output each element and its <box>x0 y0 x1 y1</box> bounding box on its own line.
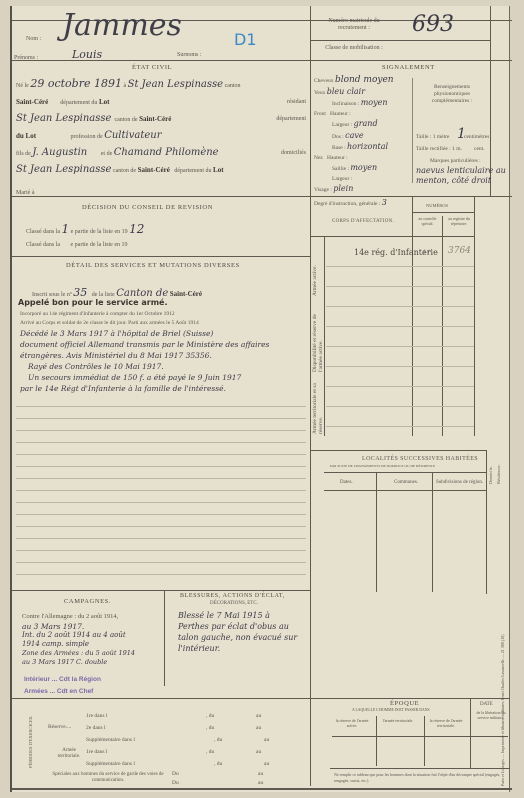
date-title: DATE <box>480 702 493 707</box>
territoriale-row: 1re dans l, duau <box>86 746 306 758</box>
au-label: au <box>256 710 261 722</box>
campagne-line: au 3 Mars 1917 C. double <box>22 658 164 667</box>
campagnes-title: CAMPAGNES. <box>64 598 111 605</box>
detail-line: étrangères. Avis Ministériel du 8 Mai 19… <box>20 350 308 361</box>
main-vertical-divider <box>310 6 311 786</box>
decision-line2: Classé dans la e partie de la liste en 1… <box>26 242 127 248</box>
campagne-line: Zone des Armées : du 5 août 1914 <box>22 649 164 658</box>
ruled-line <box>16 454 306 455</box>
reserve-rows: 1re dans l, duau 2e dans l, duau Supplém… <box>86 710 306 770</box>
ruled-line <box>16 442 306 443</box>
periodes-top-border <box>12 698 322 699</box>
blessure-line: Blessé le 7 Mai 1915 à <box>178 610 310 621</box>
birth-canton: Saint-Céré <box>16 98 48 106</box>
epoque-note: Ne remplir ce tableau que pour les homme… <box>334 772 510 784</box>
largeur-value: grand <box>354 119 378 128</box>
matricule-value: 693 <box>412 12 454 37</box>
birth-place-prefix: à <box>123 83 126 89</box>
decision-bottom-border <box>12 256 310 257</box>
ruled-line <box>16 574 306 575</box>
au-label: au <box>256 746 261 758</box>
corps-title: CORPS D'AFFECTATION. <box>332 219 394 224</box>
territoriale-row-label: 1re dans l <box>86 746 206 758</box>
ruled-line <box>16 490 306 491</box>
signalement-title: SIGNALEMENT <box>382 64 435 71</box>
signalement-divider <box>412 78 413 183</box>
controle-value: 11 <box>422 249 431 257</box>
marques-line2: menton, côté droit <box>416 176 491 185</box>
au-label: au <box>264 734 269 746</box>
instruction-label: Degré d'instruction, générale : <box>314 201 380 207</box>
col-controle-label: au contrôle spécial. <box>414 216 441 226</box>
mother: Chamand Philomène <box>114 147 219 158</box>
blessure-line: Perthes par éclat d'obus au <box>178 621 310 632</box>
etat-civil-title: ÉTAT CIVIL <box>132 64 172 71</box>
localites-divider-2 <box>432 472 433 592</box>
nez-value: moyen <box>350 163 377 172</box>
domicile-canton-label: canton de <box>113 168 136 174</box>
epoque-bottom-border <box>330 768 510 769</box>
epoque-subtitle: A LAQUELLE L'HOMME DOIT PASSER DANS <box>352 708 430 712</box>
military-register-page: Nom : Jammes Prénoms : Louis Surnoms : D… <box>10 6 510 792</box>
ruled-line <box>16 526 306 527</box>
corps-header-bottom <box>310 236 474 237</box>
epoque-col-active: la réserve de l'armée active. <box>332 718 372 728</box>
ruled-line <box>326 366 474 367</box>
matricule-divider <box>310 40 490 41</box>
classe-label: Classe de mobilisation : <box>318 45 390 52</box>
corps-col-divider <box>412 196 413 436</box>
dos-label: Dos : <box>332 134 344 140</box>
ruled-line <box>326 426 474 427</box>
ruled-line <box>326 286 474 287</box>
ruled-line <box>326 386 474 387</box>
ruled-line <box>16 538 306 539</box>
prenoms-label: Prénoms : <box>14 55 38 61</box>
reserve-label: Réserve.... <box>48 724 71 730</box>
mother-label: et de <box>101 151 113 157</box>
epoque-title: ÉPOQUE <box>390 700 419 707</box>
territoriale-row: Supplémentaire dans l, duau <box>86 758 306 770</box>
reserve-row-label: 1re dans l <box>86 710 206 722</box>
localites-title: LOCALITÉS SUCCESSIVES HABITÉES <box>362 456 478 462</box>
ruled-line <box>16 466 306 467</box>
ruled-line <box>16 478 306 479</box>
ruled-line <box>326 326 474 327</box>
blessures-subtitle: DÉCORATIONS, ETC. <box>210 601 258 606</box>
bottom-border <box>12 788 512 790</box>
ruled-line <box>16 514 306 515</box>
blessure-line: talon gauche, non évacué sur <box>178 632 310 643</box>
ruled-line <box>326 306 474 307</box>
domicile-canton: Saint-Céré <box>138 166 170 174</box>
localites-right-border <box>486 450 487 594</box>
corps-side-divider <box>324 236 325 436</box>
visage-value: plein <box>333 184 353 193</box>
campagnes-lines: Contre l'Allemagne : du 2 août 1914, au … <box>22 612 164 667</box>
detail-line: par le 14e Régt d'Infanterie à la famill… <box>20 383 308 394</box>
ruled-line <box>326 266 474 267</box>
domicile-dept-label: département du <box>174 168 211 174</box>
localites-col-border <box>324 490 486 491</box>
speciales-row: Duau <box>172 779 263 788</box>
epoque-header-bottom <box>332 736 508 737</box>
taille-label: Taille : 1 mètre <box>416 134 449 140</box>
nom-value: Jammes <box>62 8 182 43</box>
localites-top-border <box>310 450 486 451</box>
inscrit-canton-value: Saint-Céré <box>170 290 202 298</box>
renseignements-label: Renseignements physionomiques complément… <box>416 84 488 105</box>
residence-dept: du Lot <box>16 132 36 140</box>
domicile-dept: Lot <box>213 166 224 174</box>
epoque-divider-2 <box>424 716 425 766</box>
reserve-row: Supplémentaire dans l, duau <box>86 734 306 746</box>
decision-line1: Classé dans la 1 e partie de la liste en… <box>26 222 144 236</box>
ruled-line <box>16 430 306 431</box>
dos-value: cave <box>345 131 364 140</box>
territoriale-label: Armée territoriale. <box>52 748 86 760</box>
ruled-line <box>16 550 306 551</box>
epoque-col-territoriale: l'armée territoriale. <box>378 718 418 723</box>
speciales-label: Spéciales aux hommes du service de garde… <box>48 772 168 784</box>
yeux-value: bleu clair <box>327 87 365 96</box>
du-label: , du <box>206 722 256 734</box>
detail-line: Incorporé au 14e régiment d'Infanterie à… <box>20 310 308 319</box>
au-label: au <box>264 758 269 770</box>
campagne-line: Contre l'Allemagne : du 2 août 1914, <box>22 612 164 622</box>
residence-dept-label: département <box>276 111 306 127</box>
campagnes-top-border <box>12 590 310 591</box>
side-active-label: Armée active. <box>312 246 318 296</box>
taille-unit: centimètres <box>464 134 489 140</box>
epoque-col-reserve-territoriale: la réserve de l'armée territoriale. <box>424 718 468 728</box>
detail-line: Arrivé au Corps et soldat de 2e classe l… <box>20 319 308 328</box>
birth-date: 29 octobre 1891 <box>30 77 122 90</box>
taille-rectifiee-unit: cent. <box>474 146 485 152</box>
stamp-interieur: Intérieur ... Cdt la Région <box>24 676 101 683</box>
signalement-left: Cheveux blond moyen Yeux bleu clair Incl… <box>314 76 414 209</box>
detail-line: Décédé le 3 Mars 1917 à l'hôpital de Bri… <box>20 328 308 339</box>
du-label: , du <box>206 746 256 758</box>
domicile: St Jean Lespinasse <box>16 164 111 175</box>
marques-label: Marques particulières : <box>430 158 481 164</box>
nom-label: Nom : <box>26 36 41 42</box>
campagne-line: Int. du 2 août 1914 au 4 août <box>22 631 164 640</box>
appele-text: Appelé bon pour le service armé. <box>18 298 168 307</box>
repertoire-value: 3764 <box>448 246 471 256</box>
ruled-line <box>16 406 306 407</box>
stamp-armees: Armées ... Cdt en Chef <box>24 688 93 695</box>
marques-line1: naevus lenticulaire au <box>416 166 506 175</box>
reserve-row-label: 2e dans l <box>86 722 206 734</box>
du-label: , du <box>214 734 264 746</box>
profession: Cultivateur <box>104 130 161 141</box>
nez-label: Nez <box>314 155 323 161</box>
domicile-label: domiciliés <box>281 145 306 161</box>
reserve-row: 2e dans l, duau <box>86 722 306 734</box>
matricule-label: Numéro matricule du recrutement : <box>318 18 390 32</box>
col-subdivisions: Subdivisions de région. <box>436 480 483 485</box>
departement-label: département du <box>60 100 97 106</box>
etat-civil-bottom-border <box>12 196 512 197</box>
territoriale-row-label: Supplémentaire dans l <box>86 758 214 770</box>
inclinaison-label: Inclinaison : <box>332 101 359 107</box>
ruled-line <box>326 346 474 347</box>
ruled-line <box>16 562 306 563</box>
du-label: , du <box>206 710 256 722</box>
decision-line1-prefix: Classé dans la <box>26 229 60 235</box>
speciales-rows: Duau Duau <box>172 770 263 788</box>
campagne-line: 1914 camp. simple <box>22 640 164 649</box>
profession-label: profession de <box>71 134 103 140</box>
etat-civil-block: Né le 29 octobre 1891 à St Jean Lespinas… <box>16 76 306 201</box>
blue-annotation: D1 <box>234 30 257 49</box>
au-label: au <box>256 722 261 734</box>
speciales-row: Duau <box>172 770 263 779</box>
base-label: Base : <box>332 145 346 151</box>
side-domicile: Domicile. <box>488 454 493 484</box>
instruction-value: 3 <box>382 198 387 207</box>
detail-line: Rayé des Contrôles le 10 Mai 1917. <box>20 361 308 372</box>
front-label: Front <box>314 111 326 117</box>
detail-line: document officiel Allemand transmis par … <box>20 339 308 350</box>
col-communes: Communes. <box>394 480 418 485</box>
blessure-line: l'intérieur. <box>178 643 310 654</box>
taille-rectifiee-label: Taille rectifiée : 1 m. <box>416 146 462 152</box>
decision-line1-suffix: e partie de la liste en 19 <box>71 229 128 235</box>
decision-line1-year: 12 <box>129 222 144 236</box>
resident-label: résidant <box>287 94 306 110</box>
localites-subtitle: PAR SUITE DE CHANGEMENTS DE DOMICILE OU … <box>330 464 435 468</box>
decision-line1-value: 1 <box>62 222 70 236</box>
reserve-row: 1re dans l, duau <box>86 710 306 722</box>
prenoms-value: Louis <box>72 48 102 61</box>
epoque-divider-1 <box>376 716 377 766</box>
decision-line2-suffix: e partie de la liste en 19 <box>71 242 128 248</box>
decision-line2-prefix: Classé dans la <box>26 242 60 248</box>
residence-canton: Saint-Céré <box>139 115 171 123</box>
speciales-row-label: Du <box>172 779 258 788</box>
speciales-row-label: Du <box>172 770 258 779</box>
inclinaison-value: moyen <box>361 98 388 107</box>
residence: St Jean Lespinasse <box>16 113 111 124</box>
side-residence: Résidence. <box>496 454 501 484</box>
printer-margin-text: Paris et Limoges — Imprimerie et librair… <box>500 506 505 786</box>
birth-label: Né le <box>16 83 29 89</box>
detail-line: Un secours immédiat de 150 f. a été payé… <box>20 372 308 383</box>
side-disponibilite-label: Disponibilité et réserve de l'armée acti… <box>312 302 324 372</box>
blessures-title: BLESSURES, ACTIONS D'ÉCLAT, <box>180 593 285 599</box>
canton-label: canton <box>225 83 241 89</box>
yeux-label: Yeux <box>314 90 325 96</box>
col-repertoire-label: au registre du répertoire. <box>444 216 474 226</box>
father-label: fils de <box>16 151 31 157</box>
base-value: horizontal <box>347 142 388 151</box>
blessures-lines: Blessé le 7 Mai 1915 à Perthes par éclat… <box>178 610 310 654</box>
largeur-nez-label: Largeur : <box>332 176 352 182</box>
localites-header-border <box>324 472 486 473</box>
birth-place: St Jean Lespinasse <box>128 79 223 90</box>
au-label: au <box>258 779 263 788</box>
localites-divider-1 <box>376 472 377 592</box>
date-col-divider <box>470 698 471 768</box>
col-dates: Dates. <box>340 480 353 485</box>
birth-departement: Lot <box>99 98 110 106</box>
periodes-side-label: PÉRIODES D'EXERCICES. <box>28 708 33 768</box>
ruled-line <box>16 502 306 503</box>
numeros-header-border <box>412 212 474 213</box>
ruled-line <box>326 406 474 407</box>
epoque-top-border <box>322 698 510 699</box>
numeros-title: NUMÉROS <box>426 203 448 208</box>
detail-lines: Incorporé au 14e régiment d'Infanterie à… <box>20 310 308 394</box>
saillie-label: Saillie : <box>332 166 349 172</box>
detail-title: DÉTAIL DES SERVICES ET MUTATIONS DIVERSE… <box>66 262 240 269</box>
largeur-label: Largeur : <box>332 122 352 128</box>
campagne-line: au 3 Mars 1917. <box>22 622 164 631</box>
father: J. Augustin <box>32 147 87 158</box>
hauteur-label: Hauteur : <box>330 111 351 117</box>
cheveux-label: Cheveux <box>314 78 334 84</box>
corps-right-border <box>474 196 475 436</box>
ruled-line <box>16 418 306 419</box>
side-territoriale-label: Armée territoriale et sa réserve. <box>312 378 324 434</box>
visage-label: Visage : <box>314 187 332 193</box>
cheveux-value: blond moyen <box>335 75 394 85</box>
decision-title: DÉCISION DU CONSEIL DE REVISION <box>82 204 213 211</box>
au-label: au <box>258 770 263 779</box>
reserve-row-label: Supplémentaire dans l <box>86 734 214 746</box>
hauteur-nez-label: Hauteur : <box>327 155 348 161</box>
campagnes-divider <box>164 590 165 686</box>
surnoms-label: Surnoms : <box>177 52 202 58</box>
residence-canton-label: canton de <box>114 117 137 123</box>
du-label: , du <box>214 758 264 770</box>
